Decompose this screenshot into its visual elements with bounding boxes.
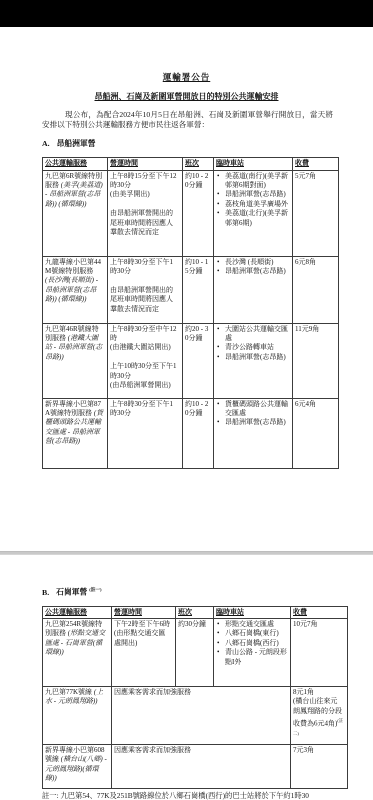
stop-item: 青山公路 - 元朗段形點I外 [216,648,287,667]
doc-title: 運輸署公告 [0,72,373,82]
table-header-row: 公共運輸服務 營運時間 班次 臨時車站 收費 [43,158,339,170]
section-a-label: A. [42,139,50,148]
route-description: (長沙灣(長順街) - 昂船洲軍營(志昂路)) (循環線)) [45,276,98,303]
intro-paragraph: 現公布，為配合2024年10月5日在昂船洲、石崗及新圍軍營舉行開放日，當天將安排… [42,110,333,129]
service-cell: 新界專線小巴第608號線 (橫台山(八鄉) - 元朗鳳翔路)(循環線)) [43,745,112,789]
fare-cell: 11元9角 [293,323,339,398]
document-viewer: 運輸署公告 昂船洲、石崗及新圍軍營開放日的特別公共運輸安排 現公布，為配合202… [0,0,373,800]
hours-cell: 上午8時30分至中午12時 (由港鐵大圍站開出) 上午10時30分至下午1時30… [108,323,183,398]
header-service: 公共運輸服務 [43,158,108,170]
stops-cell: 美荔道(南行)(美孚新邨第6期對面) 昂船洲軍營(志昂路) 荔枝角道美孚廣場外 … [214,170,293,256]
fare-cell: 6元4角 [293,398,339,468]
top-black-bar [0,0,373,27]
table-row: 九巴第254R號線特別服務 (形點交通交匯處 - 石崗軍營(循環線)) 下午2時… [43,619,348,687]
stop-item: 美荔道(北行)(美孚新邨第6期) [216,209,289,228]
header-hours: 營運時間 [112,606,176,618]
service-cell: 九巴第46R號線特別服務 (港鐵大圍站 - 昂船洲軍營(志昂路)) [43,323,108,398]
page-1: 運輸署公告 昂船洲、石崗及新圍軍營開放日的特別公共運輸安排 現公布，為配合202… [0,27,373,551]
header-frequency: 班次 [183,158,214,170]
note-reference: (註一) [89,587,101,592]
section-a-heading: A.昂船洲軍營 [42,139,373,149]
frequency-cell: 約10 - 15分鐘 [183,256,214,323]
hours-cell: 上午8時15分至下午12時30分 (由美孚開出) 由昂船洲軍營開出的尾班車時間將… [108,170,183,256]
header-stops: 臨時車站 [214,158,293,170]
section-b-label: B. [42,588,49,597]
table-shek-kong-barracks: 公共運輸服務 營運時間 班次 臨時車站 收費 九巴第254R號線特別服務 (形點… [42,606,348,789]
table-header-row: 公共運輸服務 營運時間 班次 臨時車站 收費 [43,606,348,618]
hours-cell: 上午8時30分至下午1時30分 由昂船洲軍營開出的尾班車時間將因應人羣散去情況而… [108,256,183,323]
table-row: 九巴第46R號線特別服務 (港鐵大圍站 - 昂船洲軍營(志昂路)) 上午8時30… [43,323,339,398]
hours-cell: 下午2時至下午6時 (由形點交通交匯處開出) [112,619,176,687]
header-hours: 營運時間 [108,158,183,170]
fare-cell: 10元7角 [291,619,348,687]
footnote-line: 註一: 九巴第54、77K及251B號路線位於八鄉石崗橋(西行)的巴士站將於下午… [42,791,347,800]
header-fare: 收費 [291,606,348,618]
service-cell: 九巴第254R號線特別服務 (形點交通交匯處 - 石崗軍營(循環線)) [43,619,112,687]
frequency-cell: 約10 - 20分鐘 [183,170,214,256]
stops-cell: 大圍站公共運輸交匯處 青沙公路轉車站 昂船洲軍營(志昂路) [214,323,293,398]
service-cell: 九巴第77K號線 (上水 - 元朗鳳翔路)) [43,687,112,745]
table-row: 九龍專線小巴第44M號線特別服務 (長沙灣(長順街) - 昂船洲軍營(志昂路))… [43,256,339,323]
enhanced-service-cell: 因應乘客需求而加強服務 [112,687,291,745]
frequency-cell: 約10 - 20分鐘 [183,398,214,468]
service-cell: 九巴第6R號線特別服務 (美孚(美荔道) - 昂船洲軍營(志昂路)) (循環線)… [43,170,108,256]
service-cell: 九龍專線小巴第44M號線特別服務 (長沙灣(長順街) - 昂船洲軍營(志昂路))… [43,256,108,323]
table-stonecutters-barracks: 公共運輸服務 營運時間 班次 臨時車站 收費 九巴第6R號線特別服務 (美孚(美… [42,157,339,468]
stops-cell: 貨櫃碼頭路公共運輸交匯處 昂船洲軍營(志昂路) [214,398,293,468]
header-fare: 收費 [293,158,339,170]
fare-cell: 7元3角 [291,745,348,789]
header-service: 公共運輸服務 [43,606,112,618]
stop-item: 美荔道(南行)(美孚新邨第6期對面) [216,172,289,191]
section-b-title: 石崗軍營 [56,588,87,597]
header-stops: 臨時車站 [214,606,291,618]
stop-item: 昂船洲軍營(志昂路) [216,267,289,276]
stop-item: 長沙灣 (長順街) [216,258,289,267]
fare-cell: 5元7角 [293,170,339,256]
stop-item: 昂船洲軍營(志昂路) [216,353,289,362]
stop-item: 昂船洲軍營(志昂路) [216,418,289,427]
stop-item: 八鄉石崗橋(西行) [216,639,287,648]
section-a-title: 昂船洲軍營 [57,139,96,148]
stop-item: 大圍站公共運輸交匯處 [216,325,289,344]
stops-cell: 形點交通交匯處 八鄉石崗橋(東行) 八鄉石崗橋(西行) 青山公路 - 元朗段形點… [214,619,291,687]
stop-item: 形點交通交匯處 [216,620,287,629]
table-row: 九巴第77K號線 (上水 - 元朗鳳翔路)) 因應乘客需求而加強服務 8元1角 … [43,687,348,745]
enhanced-service-cell: 因應乘客需求而加強服務 [112,745,291,789]
fare-cell: 6元8角 [293,256,339,323]
doc-subtitle: 昂船洲、石崗及新圍軍營開放日的特別公共運輸安排 [0,92,373,101]
stop-item: 八鄉石崗橋(東行) [216,629,287,638]
table-row: 新界專線小巴第608號線 (橫台山(八鄉) - 元朗鳳翔路)(循環線)) 因應乘… [43,745,348,789]
stop-item: 荔枝角道美孚廣場外 [216,200,289,209]
stop-item: 貨櫃碼頭路公共運輸交匯處 [216,400,289,419]
hours-cell: 上午8時30分至下午1時30分 [108,398,183,468]
stop-item: 昂船洲軍營(志昂路) [216,190,289,199]
frequency-cell: 約30分鐘 [176,619,214,687]
service-cell: 新界專線小巴第87A號線特別服務 (貨櫃碼頭路公共運輸交匯處 - 昂船洲軍營(志… [43,398,108,468]
section-b-heading: B.石崗軍營 (註一) [42,585,373,598]
stops-cell: 長沙灣 (長順街) 昂船洲軍營(志昂路) [214,256,293,323]
fare-cell: 8元1角 (橫台山往來元朗鳳翔路的分段收費為6元4角)(註二) [291,687,348,745]
frequency-cell: 約20 - 30分鐘 [183,323,214,398]
page-2: B.石崗軍營 (註一) 公共運輸服務 營運時間 班次 臨時車站 收費 九巴第25… [0,555,373,800]
header-frequency: 班次 [176,606,214,618]
stop-item: 青沙公路轉車站 [216,343,289,352]
table-row: 九巴第6R號線特別服務 (美孚(美荔道) - 昂船洲軍營(志昂路)) (循環線)… [43,170,339,256]
table-row: 新界專線小巴第87A號線特別服務 (貨櫃碼頭路公共運輸交匯處 - 昂船洲軍營(志… [43,398,339,468]
